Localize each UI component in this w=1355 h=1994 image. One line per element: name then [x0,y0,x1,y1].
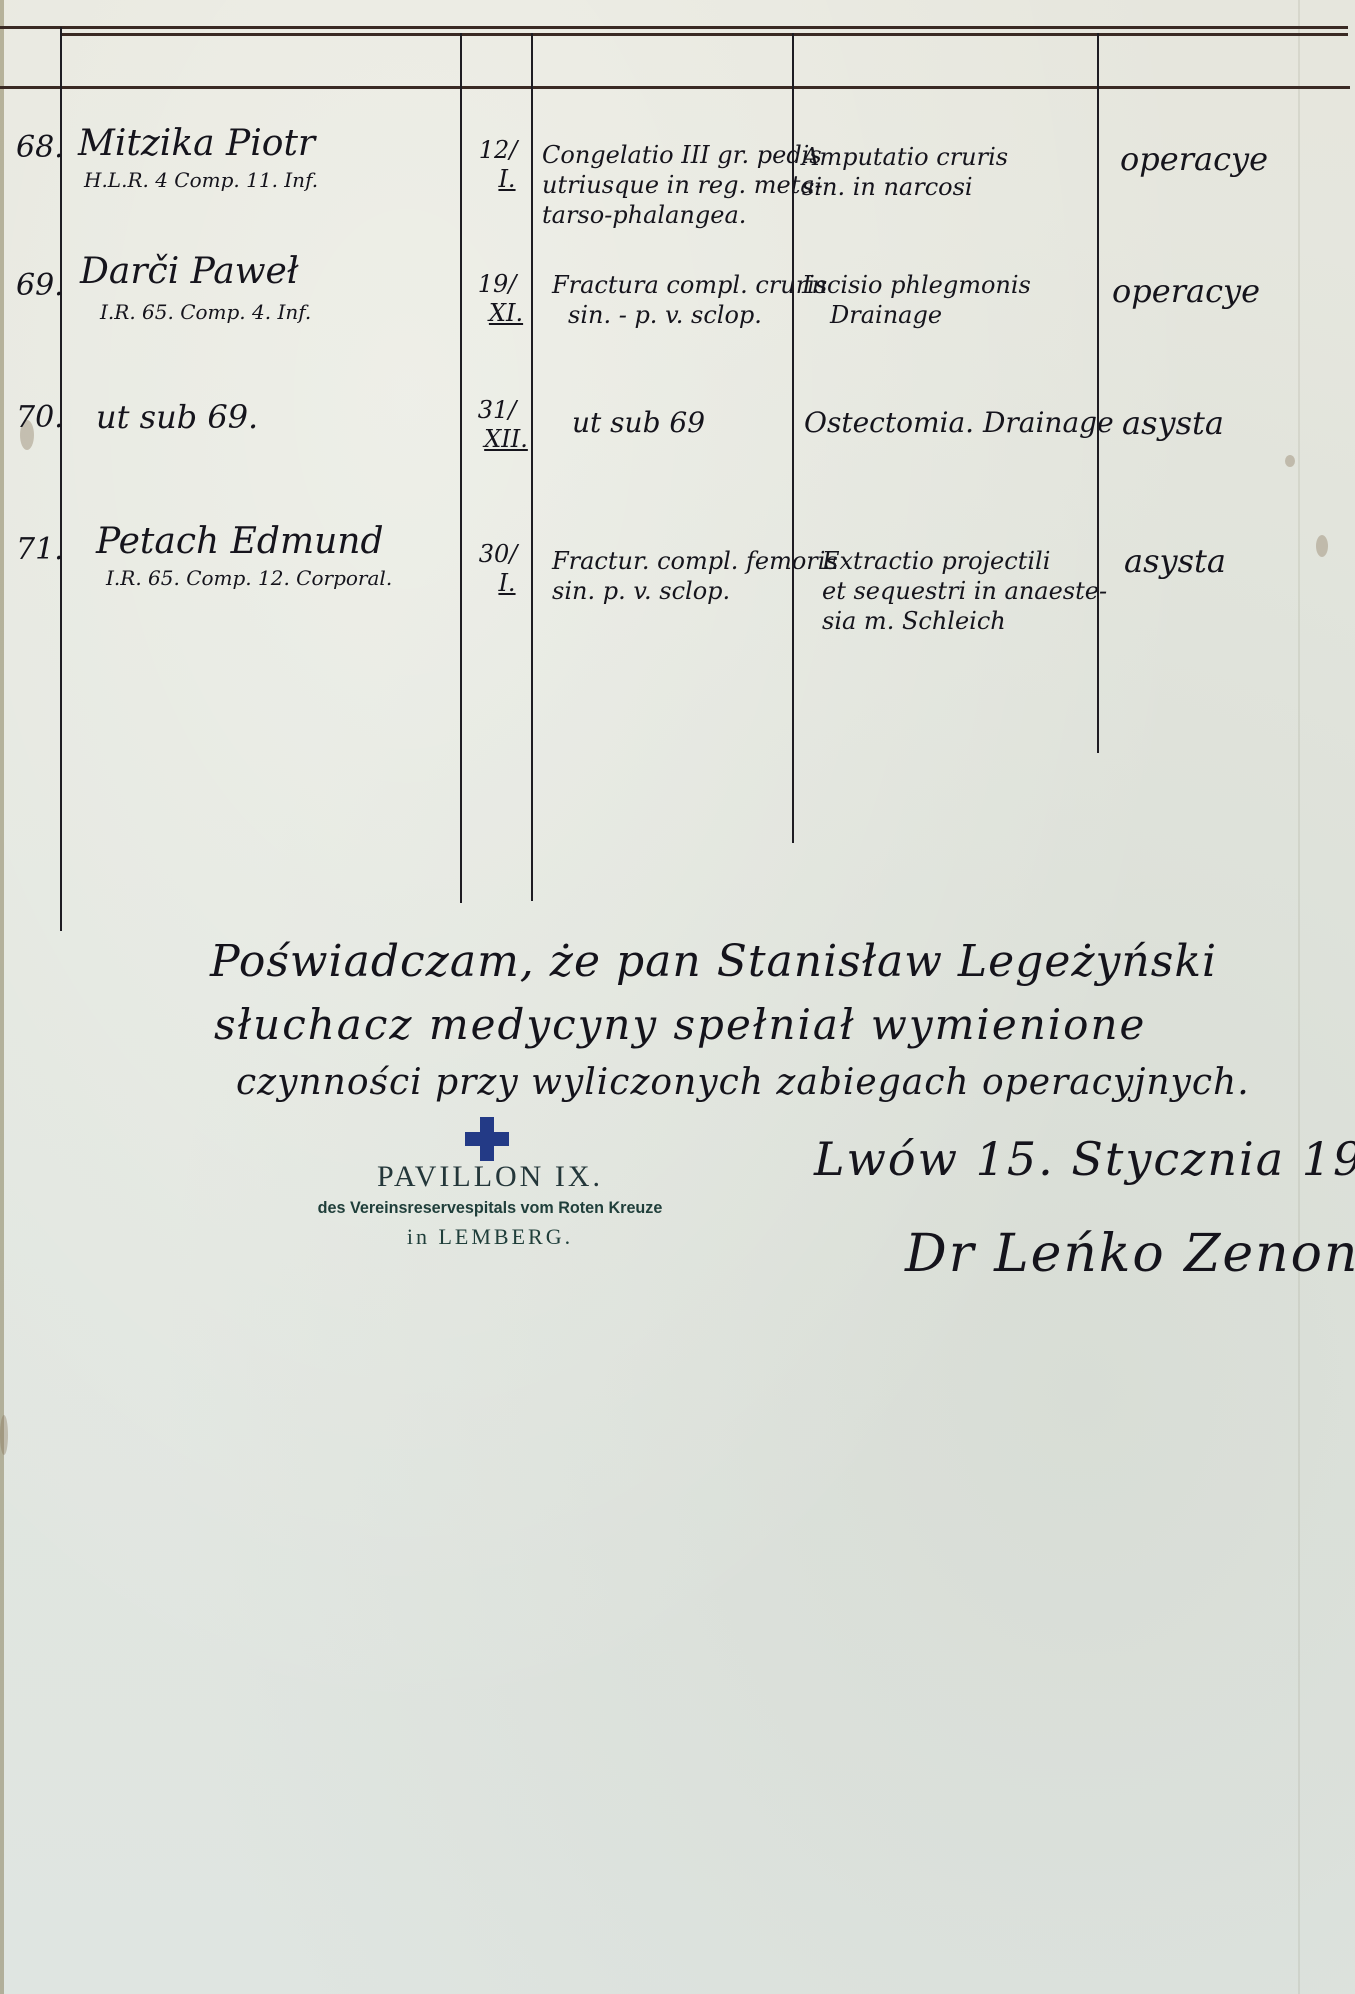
page-left-edge [0,0,4,1994]
row-number: 70. [16,400,64,436]
procedure: Ostectomia. Drainage [804,408,1114,438]
procedure: Extractio projectili et sequestri in ana… [822,546,1107,636]
diagnosis: ut sub 69 [572,408,705,438]
date-day: 30/ [479,540,518,568]
header-bottom-line [0,86,1350,89]
stamp-line-3: in LEMBERG. [290,1224,690,1250]
role: asysta [1124,542,1226,580]
diagnosis-line: Congelatio III gr. pedis [542,140,823,170]
procedure-line: sia m. Schleich [822,606,1107,636]
diagnosis-line: utriusque in reg. meta- [542,170,823,200]
diagnosis-line: Fractur. compl. femoris [552,546,838,576]
certification-line: słuchacz medycyny spełniał wymienione [214,1000,1146,1049]
stain [1285,455,1295,467]
red-cross-icon [465,1117,509,1161]
row-number: 69. [16,268,64,304]
column-divider [1097,33,1099,753]
patient-unit: I.R. 65. Comp. 12. Corporal. [106,566,392,590]
procedure: Amputatio cruris sin. in narcosi [802,142,1008,202]
signature: Dr Leńko Zenon [905,1224,1355,1284]
page-fold [1298,0,1300,1994]
column-divider [531,33,533,901]
date-day: 31/ [478,396,517,424]
procedure-line: Extractio projectili [822,546,1107,576]
stamp-title: PAVILLON IX. [290,1160,690,1194]
diagnosis-line: Fractura compl. cruris [552,270,827,300]
row-number: 68. [16,130,64,166]
patient-unit: H.L.R. 4 Comp. 11. Inf. [84,168,318,192]
role: operacye [1120,140,1268,178]
header-top-line-inner [60,33,1348,36]
certification-line: Poświadczam, że pan Stanisław Legeżyński [210,936,1217,987]
header-top-line [0,26,1348,29]
patient-name: Darči Paweł [80,250,299,293]
procedure-line: sin. in narcosi [802,172,1008,202]
diagnosis-line: tarso-phalangea. [542,200,823,230]
date-month: XII. [484,425,528,454]
stain [1316,535,1328,557]
patient-name: Mitzika Piotr [78,122,315,165]
date-month: XI. [484,299,528,328]
role: asysta [1122,404,1224,442]
place-date: Lwów 15. Stycznia 1915. [814,1132,1355,1186]
stamp-line-2: des Vereinsreservespitals vom Roten Kreu… [291,1198,690,1218]
diagnosis-line: ut sub 69 [572,408,705,438]
date-month: I. [486,569,528,598]
patient-name: ut sub 69. [96,398,258,436]
procedure-line: Drainage [802,300,1031,330]
column-divider [460,33,462,903]
certification-line: czynności przy wyliczonych zabiegach ope… [236,1062,1250,1103]
diagnosis: Fractur. compl. femoris sin. p. v. sclop… [552,546,838,606]
admission-date: 30/ I. [468,540,528,598]
stain [0,1415,8,1455]
procedure-line: Amputatio cruris [802,142,1008,172]
diagnosis: Congelatio III gr. pedis utriusque in re… [542,140,823,230]
procedure-line: Ostectomia. Drainage [804,408,1114,438]
admission-date: 31/ XII. [466,396,528,454]
procedure: Incisio phlegmonis Drainage [802,270,1031,330]
role: operacye [1112,272,1260,310]
diagnosis-line: sin. p. v. sclop. [552,576,838,606]
row-number: 71. [16,532,64,568]
procedure-line: et sequestri in anaeste- [822,576,1107,606]
admission-date: 19/ XI. [466,270,528,328]
date-month: I. [488,165,526,194]
patient-unit: I.R. 65. Comp. 4. Inf. [100,300,311,324]
patient-name: Petach Edmund [96,520,384,563]
date-day: 19/ [478,270,517,298]
procedure-line: Incisio phlegmonis [802,270,1031,300]
date-day: 12/ [479,136,518,164]
admission-date: 12/ I. [470,136,526,194]
diagnosis: Fractura compl. cruris sin. - p. v. sclo… [552,270,827,330]
diagnosis-line: sin. - p. v. sclop. [552,300,827,330]
